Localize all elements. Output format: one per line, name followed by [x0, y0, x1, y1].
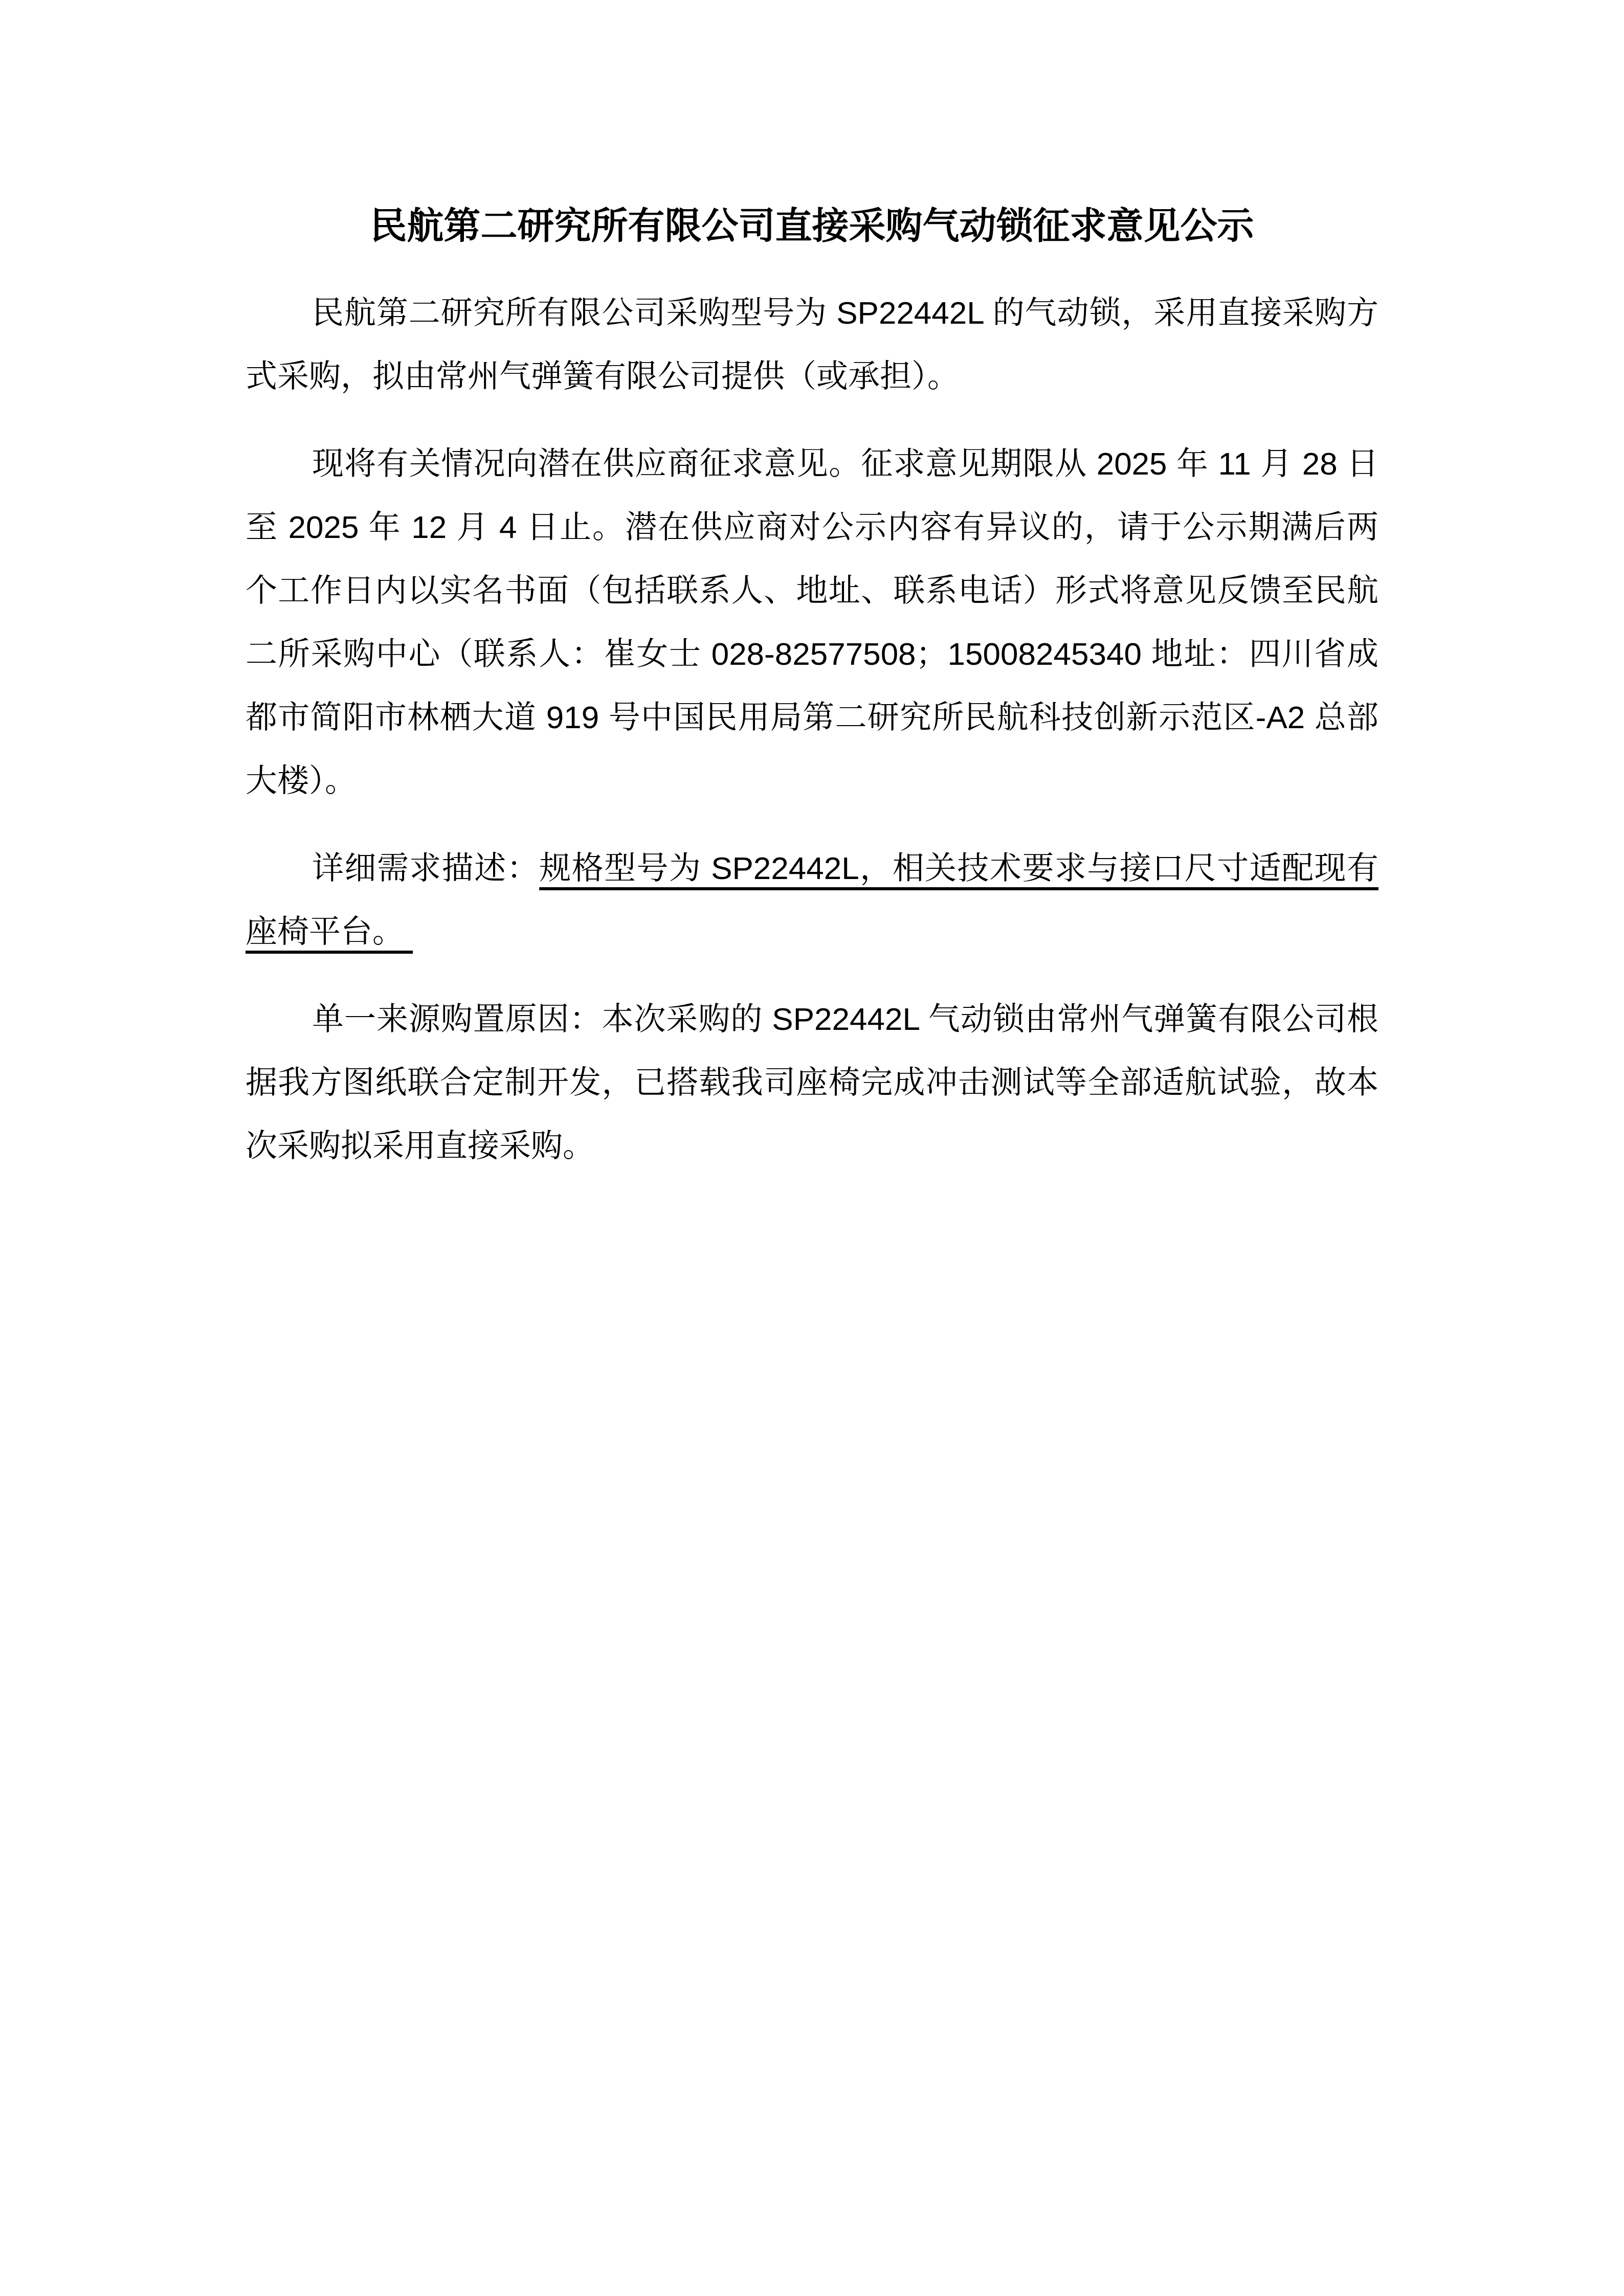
- text-line: 次采购拟采用直接采购。: [246, 1115, 1378, 1178]
- para-single-source-reason: 单一来源购置原因：本次采购的 SP22442L 气动锁由常州气弹簧有限公司根据我…: [246, 988, 1378, 1178]
- text-segment: 单一来源购置原因：本次采购的 SP22442L 气动锁由常州气弹簧有限公司根: [312, 1002, 1378, 1037]
- document-title: 民航第二研究所有限公司直接采购气动锁征求意见公示: [246, 194, 1378, 258]
- text-segment: 详细需求描述：: [312, 851, 539, 886]
- text-segment: 次采购拟采用直接采购。: [246, 1129, 594, 1164]
- document-page: 民航第二研究所有限公司直接采购气动锁征求意见公示 民航第二研究所有限公司采购型号…: [0, 0, 1624, 2296]
- underlined-text: 座椅平台。: [246, 914, 413, 950]
- text-line: 详细需求描述：规格型号为 SP22442L，相关技术要求与接口尺寸适配现有: [246, 837, 1378, 901]
- text-line: 都市简阳市林栖大道 919 号中国民用局第二研究所民航科技创新示范区-A2 总部: [246, 686, 1378, 750]
- underlined-text: 规格型号为 SP22442L，相关技术要求与接口尺寸适配现有: [539, 851, 1378, 886]
- text-line: 民航第二研究所有限公司采购型号为 SP22442L 的气动锁，采用直接采购方: [246, 282, 1378, 345]
- para-requirement-description: 详细需求描述：规格型号为 SP22442L，相关技术要求与接口尺寸适配现有座椅平…: [246, 837, 1378, 964]
- text-line: 座椅平台。: [246, 901, 1378, 964]
- text-line: 二所采购中心（联系人：崔女士 028-82577508；15008245340 …: [246, 623, 1378, 686]
- text-segment: 二所采购中心（联系人：崔女士 028-82577508；15008245340 …: [246, 637, 1378, 672]
- text-segment: 现将有关情况向潜在供应商征求意见。征求意见期限从 2025 年 11 月 28 …: [312, 446, 1378, 482]
- text-segment: 至 2025 年 12 月 4 日止。潜在供应商对公示内容有异议的，请于公示期满…: [246, 510, 1378, 545]
- text-line: 据我方图纸联合定制开发，已搭载我司座椅完成冲击测试等全部适航试验，故本: [246, 1051, 1378, 1115]
- text-segment: 个工作日内以实名书面（包括联系人、地址、联系电话）形式将意见反馈至民航: [246, 573, 1378, 609]
- para-procurement-overview: 民航第二研究所有限公司采购型号为 SP22442L 的气动锁，采用直接采购方式采…: [246, 282, 1378, 409]
- text-line: 大楼）。: [246, 750, 1378, 813]
- text-segment: 大楼）。: [246, 763, 357, 799]
- text-segment: 据我方图纸联合定制开发，已搭载我司座椅完成冲击测试等全部适航试验，故本: [246, 1065, 1378, 1100]
- text-line: 至 2025 年 12 月 4 日止。潜在供应商对公示内容有异议的，请于公示期满…: [246, 496, 1378, 559]
- text-segment: 民航第二研究所有限公司采购型号为 SP22442L 的气动锁，采用直接采购方: [312, 296, 1378, 331]
- text-line: 现将有关情况向潜在供应商征求意见。征求意见期限从 2025 年 11 月 28 …: [246, 433, 1378, 496]
- text-line: 式采购，拟由常州气弹簧有限公司提供（或承担）。: [246, 345, 1378, 409]
- para-comment-period: 现将有关情况向潜在供应商征求意见。征求意见期限从 2025 年 11 月 28 …: [246, 433, 1378, 813]
- text-segment: 式采购，拟由常州气弹簧有限公司提供（或承担）。: [246, 359, 959, 394]
- text-segment: 都市简阳市林栖大道 919 号中国民用局第二研究所民航科技创新示范区-A2 总部: [246, 700, 1378, 735]
- text-line: 单一来源购置原因：本次采购的 SP22442L 气动锁由常州气弹簧有限公司根: [246, 988, 1378, 1051]
- document-body: 民航第二研究所有限公司采购型号为 SP22442L 的气动锁，采用直接采购方式采…: [246, 282, 1378, 1178]
- text-line: 个工作日内以实名书面（包括联系人、地址、联系电话）形式将意见反馈至民航: [246, 559, 1378, 623]
